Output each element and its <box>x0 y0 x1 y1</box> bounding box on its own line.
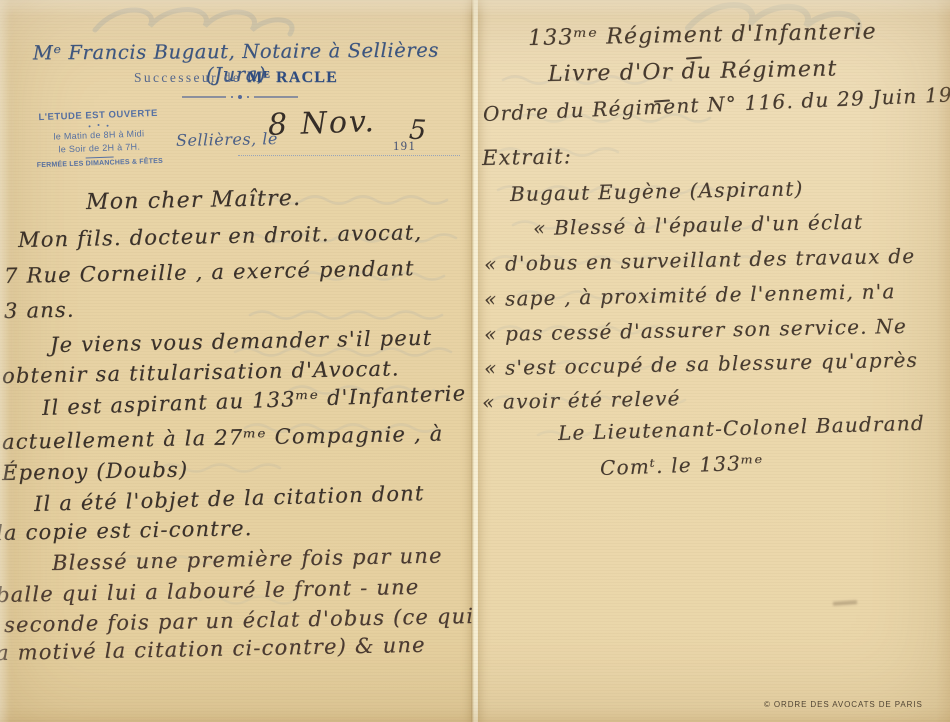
office-hours-stamp: L'ETUDE EST OUVERTE le Matin de 8H à Mid… <box>25 107 173 169</box>
dateline-place: Sellières, le <box>176 129 278 150</box>
handwritten-date: 8 Nov. <box>267 104 376 143</box>
notary-letter-page: Mᵉ Francis Bugaut, Notaire à Sellières (… <box>0 0 473 722</box>
letterhead-successor-line: Successeur de Mᴱ RACLE <box>30 69 442 87</box>
extract-heading-line: Extrait: <box>482 144 572 170</box>
two-page-letter-scan: Mᵉ Francis Bugaut, Notaire à Sellières (… <box>0 0 950 722</box>
successor-prefix: Successeur de <box>134 70 241 85</box>
letter-body-line: la copie est ci-contre. <box>0 516 253 545</box>
copyright-credit: © ORDRE DES AVOCATS DE PARIS <box>764 700 923 709</box>
stamp-rule <box>86 157 114 159</box>
letter-body-line: 3 ans. <box>4 298 75 323</box>
successor-name: Mᴱ RACLE <box>247 69 338 86</box>
stamp-ornament-dots <box>97 124 99 126</box>
letterhead-ornament-rule <box>180 92 300 102</box>
citation-line: « avoir été relevé <box>482 386 681 414</box>
salutation-line: Mon cher Maître. <box>86 186 302 215</box>
letter-body-line: Épenoy (Doubs) <box>2 457 189 485</box>
handwritten-year-digit: 5 <box>408 115 427 147</box>
regiment-extract-page: 133ᵐᵉ Régiment d'Infanterie Livre d'Or d… <box>478 0 950 722</box>
dateline-dotted-rule <box>238 155 460 156</box>
